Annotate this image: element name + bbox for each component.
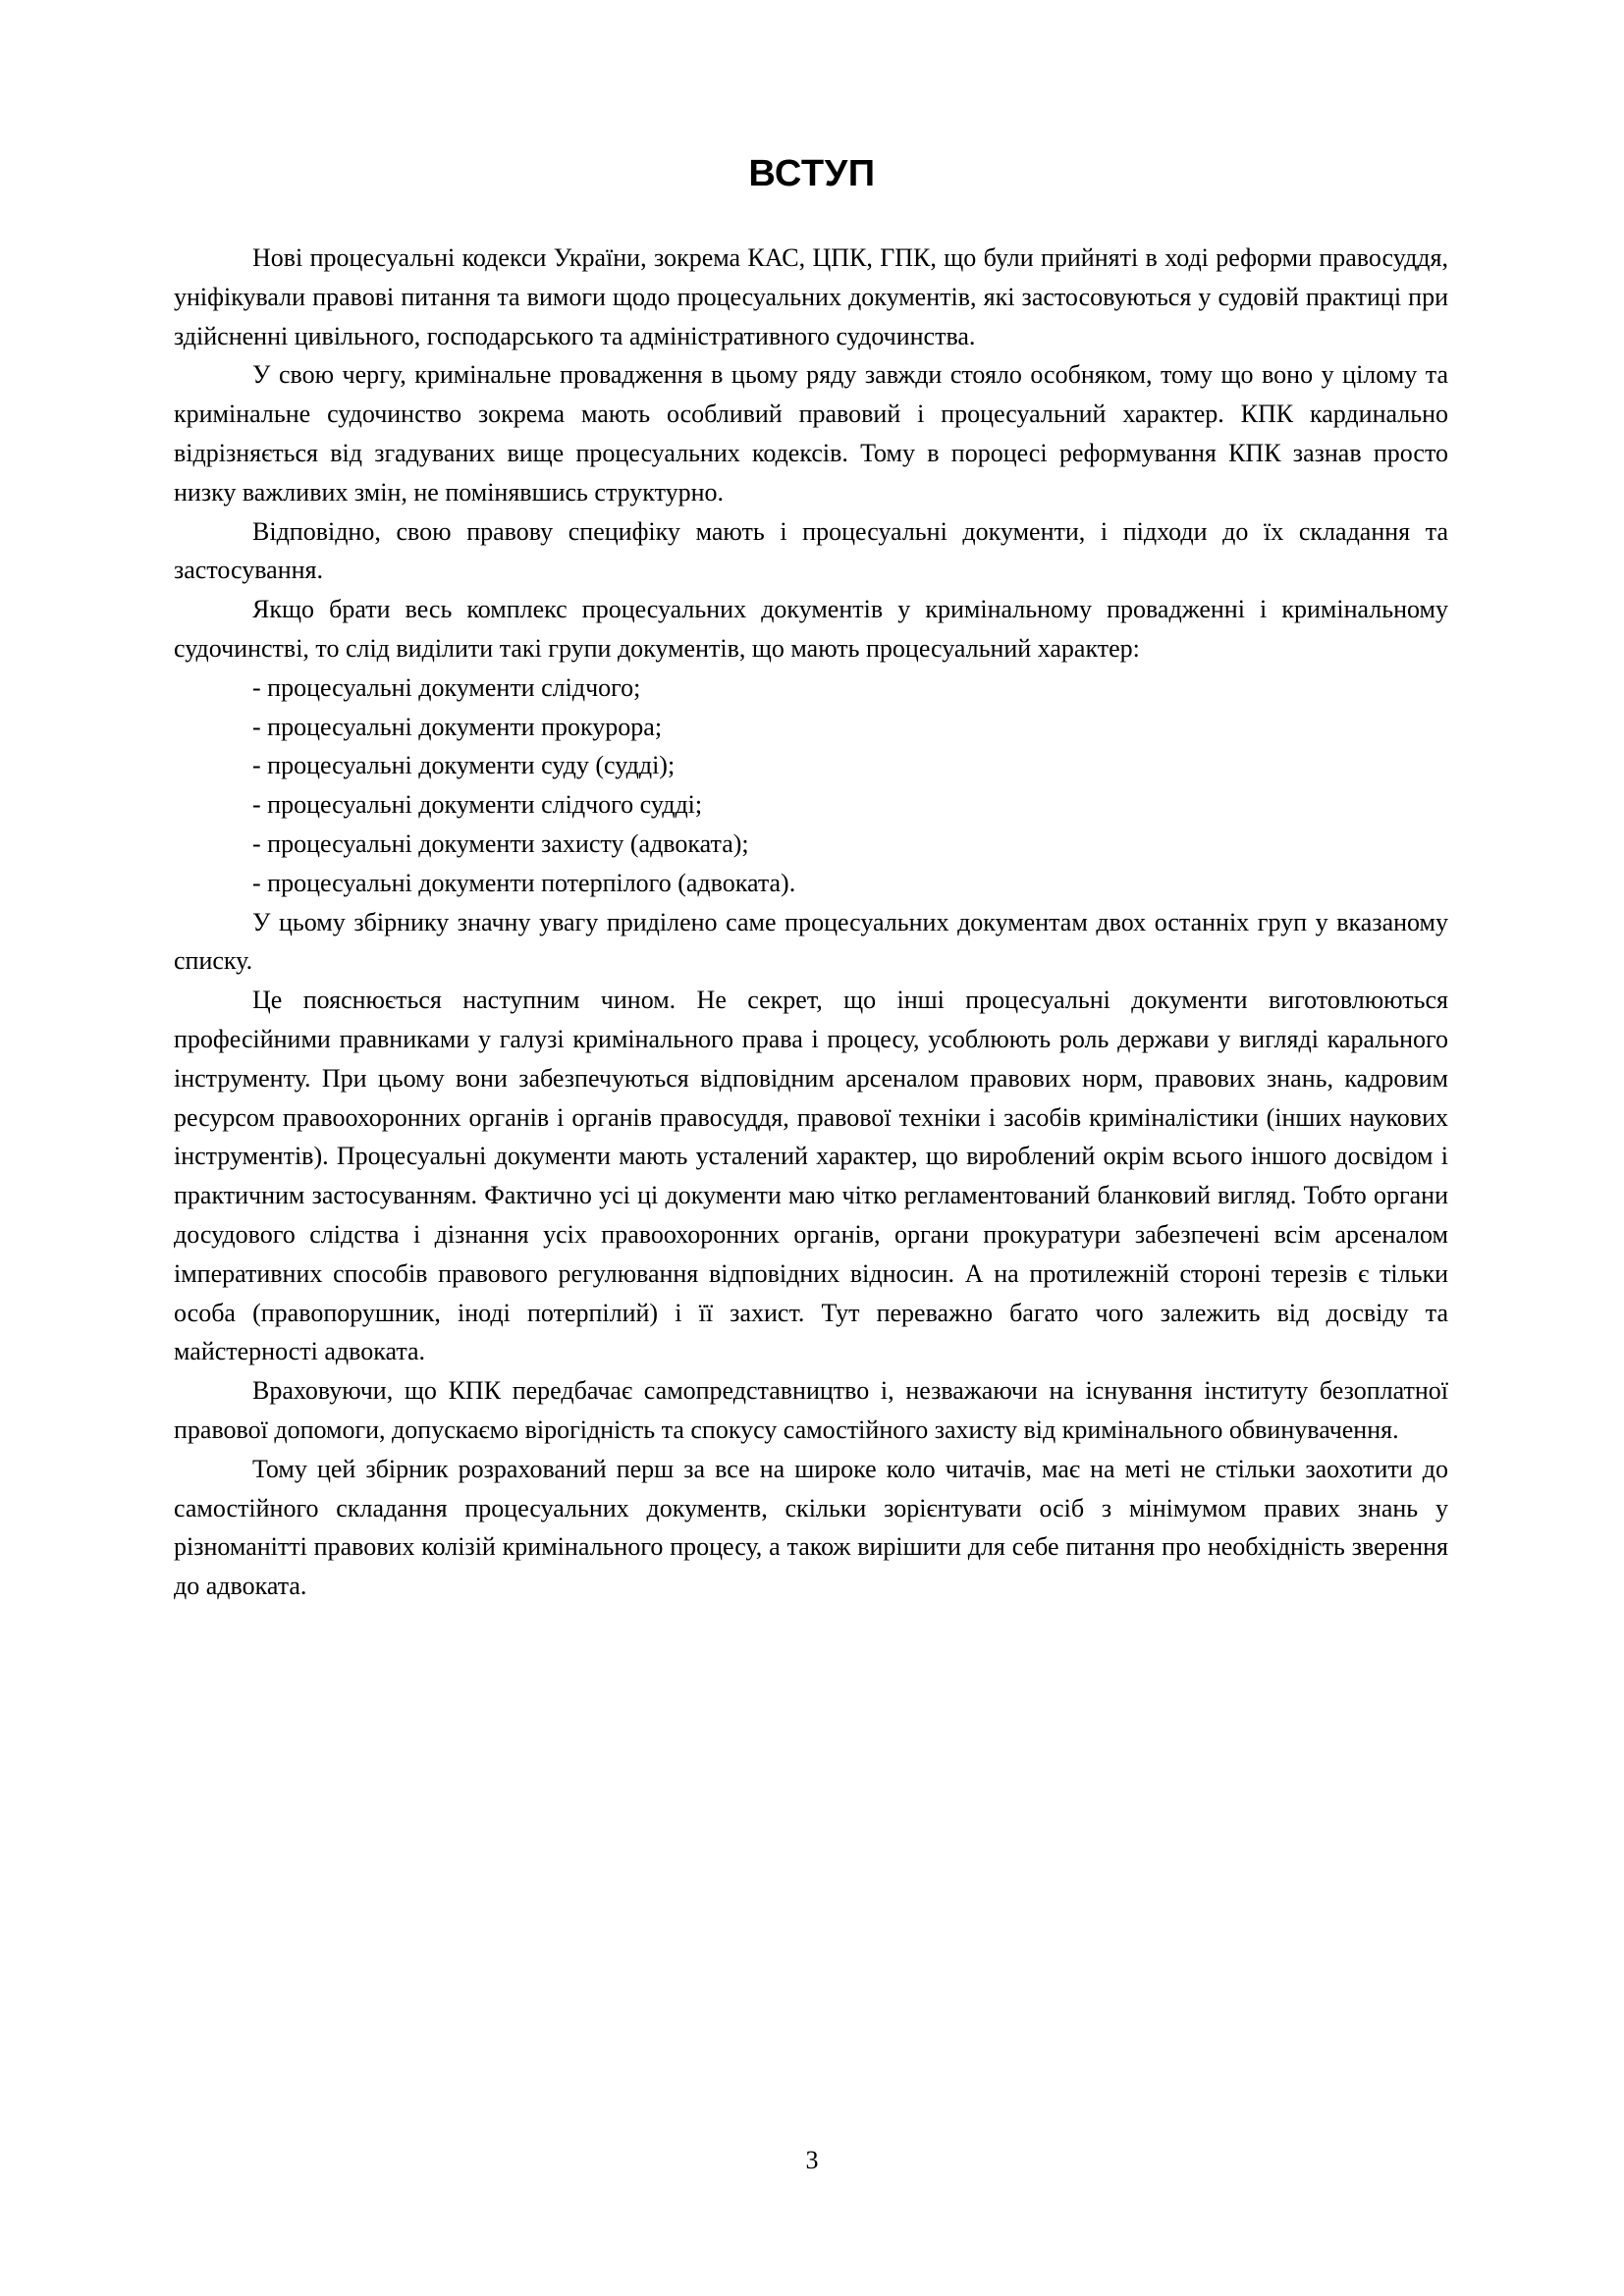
- list-item: - процесуальні документи захисту (адвока…: [174, 825, 1448, 864]
- paragraph-2: У свою чергу, кримінальне провадження в …: [174, 355, 1448, 511]
- list-item: - процесуальні документи суду (судді);: [174, 746, 1448, 785]
- document-body: Нові процесуальні кодекси України, зокре…: [174, 239, 1448, 1606]
- paragraph-7: Враховуючи, що КПК передбачає самопредст…: [174, 1371, 1448, 1450]
- paragraph-3: Відповідно, свою правову специфіку мають…: [174, 512, 1448, 591]
- paragraph-6: Це пояснюється наступним чином. Не секре…: [174, 981, 1448, 1371]
- list-item: - процесуальні документи потерпілого (ад…: [174, 864, 1448, 903]
- paragraph-8: Тому цей збірник розрахований перш за вс…: [174, 1450, 1448, 1606]
- list-item: - процесуальні документи слідчого;: [174, 668, 1448, 708]
- paragraph-5: У цьому збірнику значну увагу приділено …: [174, 903, 1448, 982]
- page-title: ВСТУП: [0, 152, 1624, 195]
- document-page: ВСТУП Нові процесуальні кодекси України,…: [0, 0, 1624, 2296]
- document-groups-list: - процесуальні документи слідчого; - про…: [174, 668, 1448, 903]
- paragraph-1: Нові процесуальні кодекси України, зокре…: [174, 239, 1448, 355]
- list-item: - процесуальні документи слідчого судді;: [174, 785, 1448, 825]
- paragraph-4: Якщо брати весь комплекс процесуальних д…: [174, 590, 1448, 668]
- page-number: 3: [0, 2146, 1624, 2175]
- list-item: - процесуальні документи прокурора;: [174, 708, 1448, 747]
